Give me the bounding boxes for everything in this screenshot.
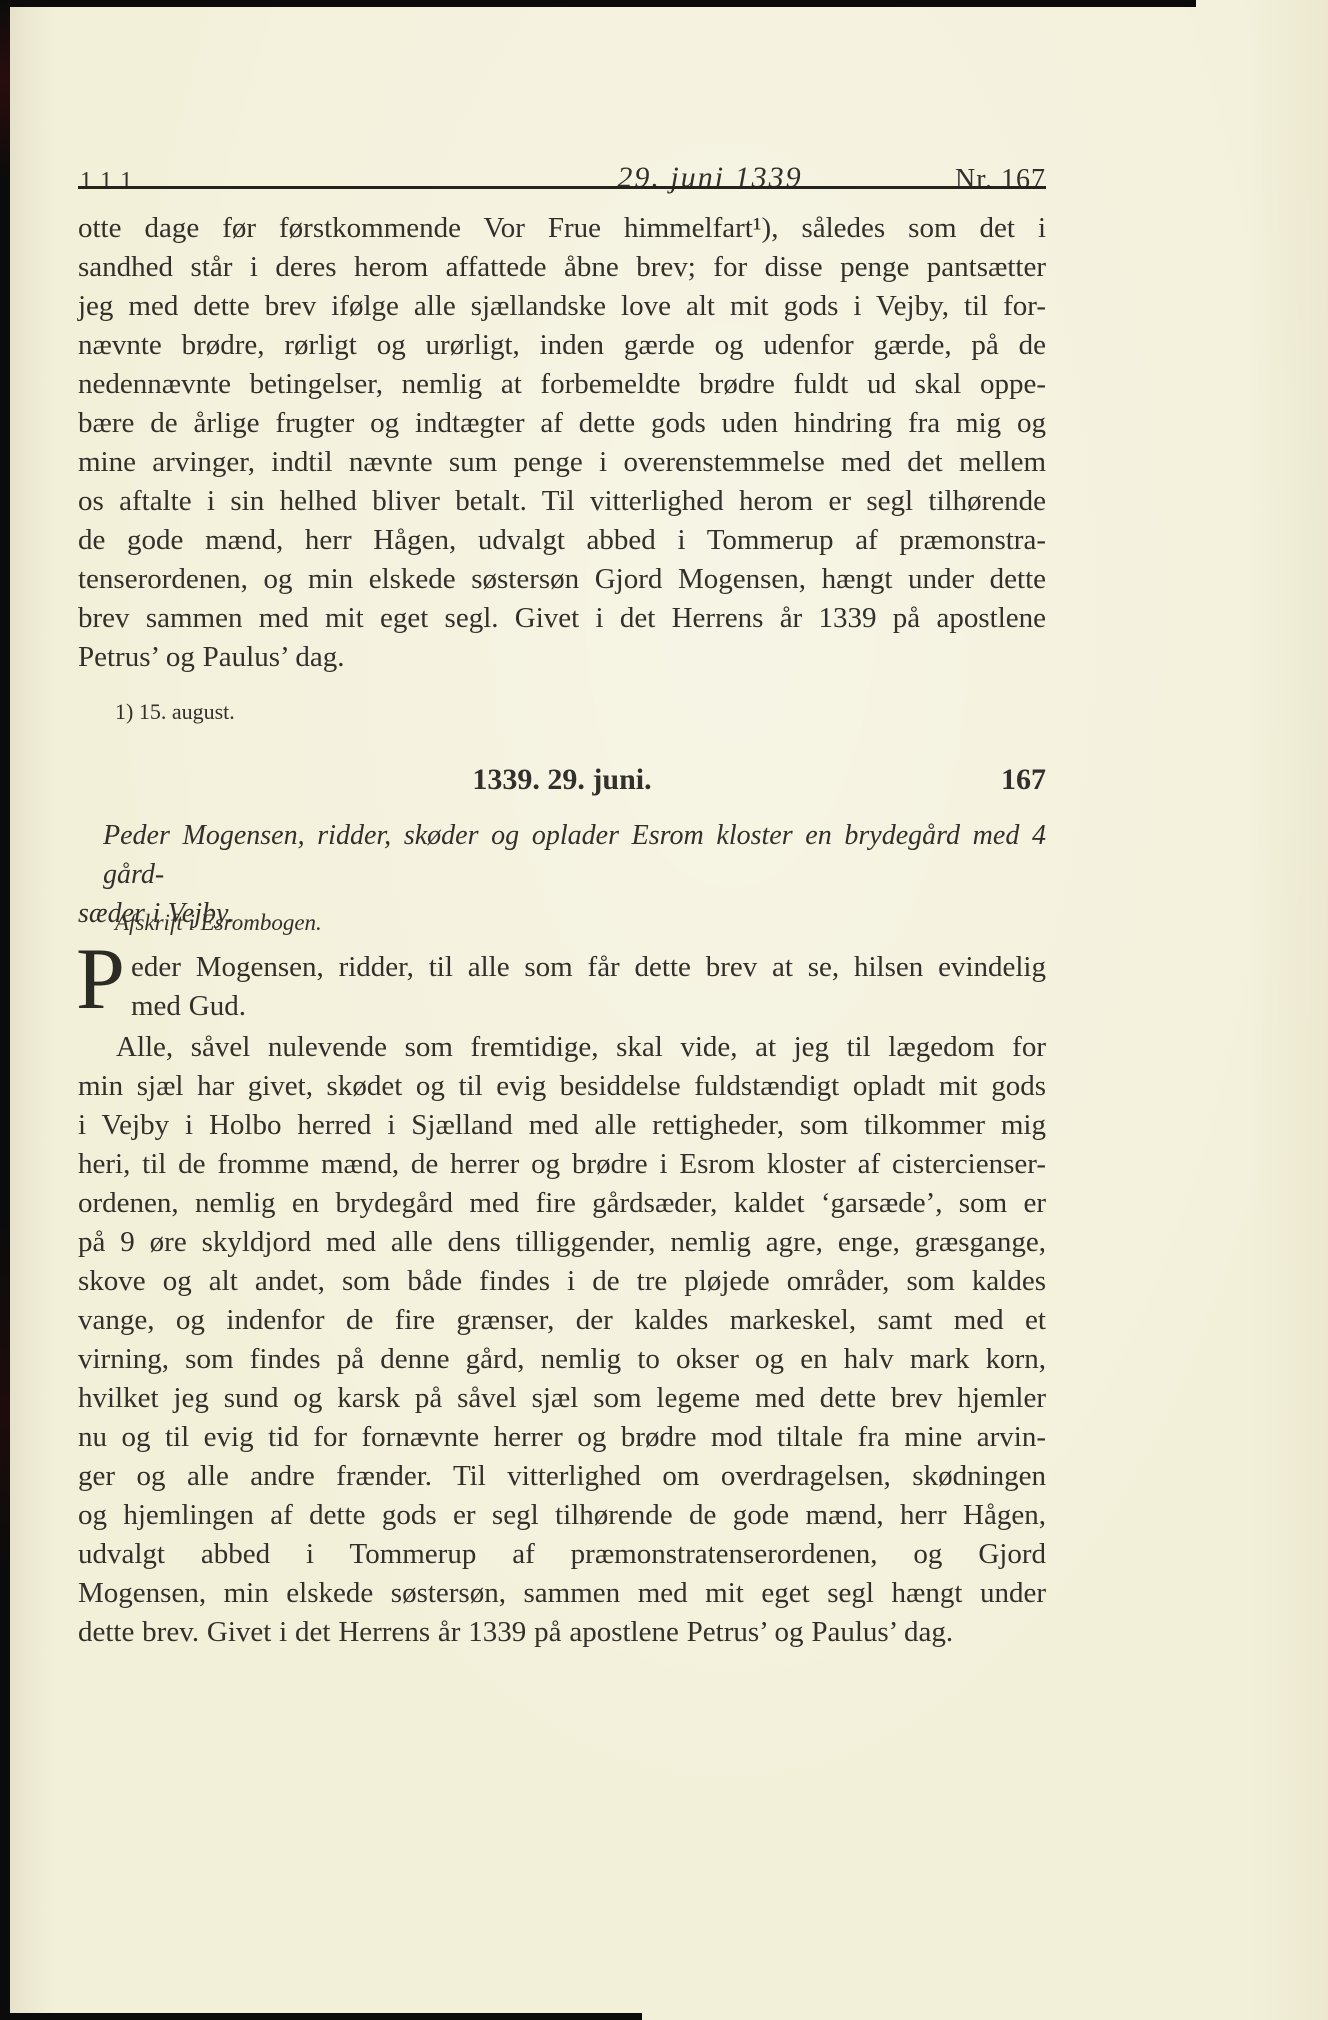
text-line: brev sammen med mit eget segl. Givet i d…: [78, 599, 1046, 638]
text-line: ger og alle andre frænder. Til vitterlig…: [78, 1457, 1046, 1496]
text-line: Mogensen, min elskede søstersøn, sammen …: [78, 1574, 1046, 1613]
text-line: nævnte brødre, rørligt og urørligt, inde…: [78, 326, 1046, 365]
text-line: Alle, såvel nulevende som fremtidige, sk…: [78, 1028, 1046, 1067]
header-rule: [78, 186, 1046, 189]
text-line: virning, som findes på denne gård, nemli…: [78, 1340, 1046, 1379]
text-line: ordenen, nemlig en brydegård med fire gå…: [78, 1184, 1046, 1223]
running-head-page-number: 111: [80, 162, 141, 201]
text-line: nedennævnte betingelser, nemlig at forbe…: [78, 365, 1046, 404]
text-line: vange, og indenfor de fire grænser, der …: [78, 1301, 1046, 1340]
text-line: mine arvinger, indtil nævnte sum penge i…: [78, 443, 1046, 482]
charter-167-heading-date: 1339. 29. juni.: [78, 760, 1046, 799]
text-line: skove og alt andet, som både findes i de…: [78, 1262, 1046, 1301]
text-line: tenserordenen, og min elskede søstersøn …: [78, 560, 1046, 599]
drop-cap-initial: P: [76, 936, 125, 1024]
charter-167-salutation: P eder Mogensen, ridder, til alle som få…: [78, 948, 1046, 1026]
footnote-1: 1) 15. august.: [115, 698, 235, 726]
book-page: 111 29. juni 1339 Nr. 167 otte dage før …: [0, 0, 1328, 2020]
scan-border-left: [0, 0, 10, 2020]
charter-166-continuation-paragraph: otte dage før førstkommende Vor Frue him…: [78, 209, 1046, 677]
text-column: 111 29. juni 1339 Nr. 167 otte dage før …: [78, 0, 1046, 2020]
charter-167-body-paragraph: Alle, såvel nulevende som fremtidige, sk…: [78, 1028, 1046, 1652]
running-head-date: 29. juni 1339: [617, 158, 802, 197]
text-line: otte dage før førstkommende Vor Frue him…: [78, 209, 1046, 248]
text-line: i Vejby i Holbo herred i Sjælland med al…: [78, 1106, 1046, 1145]
text-line: eder Mogensen, ridder, til alle som får …: [131, 948, 1046, 987]
text-line: Peder Mogensen, ridder, skøder og oplade…: [78, 816, 1046, 894]
text-line: bære de årlige frugter og indtægter af d…: [78, 404, 1046, 443]
text-line: de gode mænd, herr Hågen, udvalgt abbed …: [78, 521, 1046, 560]
charter-167-source-note: Afskrift i Esrombogen.: [115, 908, 322, 938]
text-line: nu og til evig tid for fornævnte herrer …: [78, 1418, 1046, 1457]
salutation-lines: eder Mogensen, ridder, til alle som får …: [78, 948, 1046, 1026]
text-line: med Gud.: [131, 987, 1046, 1026]
text-line: jeg med dette brev ifølge alle sjællands…: [78, 287, 1046, 326]
text-line: dette brev. Givet i det Herrens år 1339 …: [78, 1613, 1046, 1652]
text-line: heri, til de fromme mænd, de herrer og b…: [78, 1145, 1046, 1184]
text-line: hvilket jeg sund og karsk på såvel sjæl …: [78, 1379, 1046, 1418]
text-line: min sjæl har givet, skødet og til evig b…: [78, 1067, 1046, 1106]
text-line: på 9 øre skyldjord med alle dens tilligg…: [78, 1223, 1046, 1262]
charter-167-heading-number: 167: [1001, 760, 1046, 799]
text-line: os aftalte i sin helhed bliver betalt. T…: [78, 482, 1046, 521]
text-line: sandhed står i deres herom affattede åbn…: [78, 248, 1046, 287]
text-line: og hjemlingen af dette gods er segl tilh…: [78, 1496, 1046, 1535]
text-line: Petrus’ og Paulus’ dag.: [78, 638, 1046, 677]
text-line: udvalgt abbed i Tommerup af præmonstrate…: [78, 1535, 1046, 1574]
running-head-charter-number: Nr. 167: [955, 160, 1046, 199]
